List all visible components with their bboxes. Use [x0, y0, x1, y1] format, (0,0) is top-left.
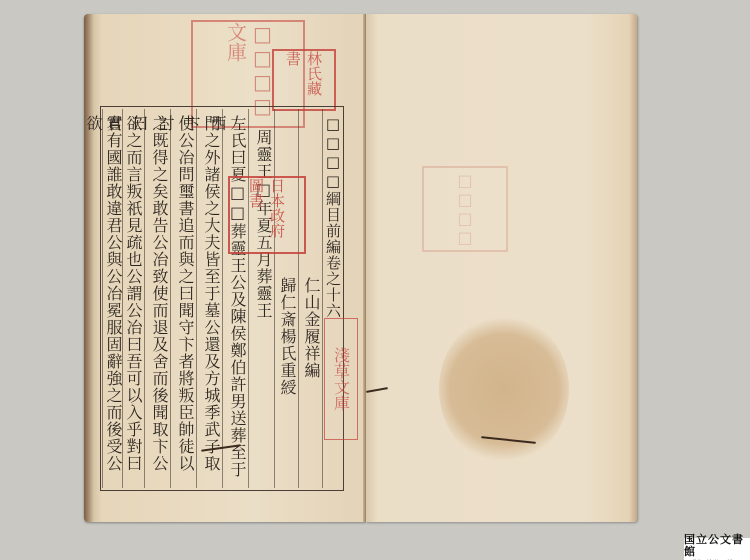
author-column-1: 仁山金履祥編	[298, 109, 321, 488]
author-name-3: 楊氏重綬	[278, 328, 297, 396]
seal-faint-bleedthrough: □□□□	[422, 166, 508, 252]
text-column-5: 之既得之矣敢告公冶致使而退及舍而後聞取卞公曰	[144, 109, 169, 488]
author-column-2: 歸仁斎楊氏重綬	[274, 109, 297, 488]
text-column-7: 實有國誰敢違君公與公冶冕服固辭強之而後受公欲	[102, 109, 123, 488]
author-name-2: 歸仁	[278, 277, 297, 311]
seal-asakusa-library: 淺草文庫	[324, 318, 358, 440]
author-given-2: 斎	[278, 311, 297, 328]
seal-collector: 林氏藏書	[272, 49, 336, 111]
text-column-1: 周靈王□年夏五月葬靈王	[248, 109, 273, 488]
text-block: □□□□綱目前編卷之十六 仁山金履祥編 歸仁斎楊氏重綬 周靈王□年夏五月葬靈王 …	[100, 106, 344, 491]
text-column-2: 左氏曰夏□□葬靈王公及陳侯鄭伯許男送葬至于西	[222, 109, 247, 488]
water-stain	[439, 314, 569, 464]
author-name-1: 仁山	[302, 277, 321, 311]
right-page: □□□□	[366, 14, 637, 522]
left-page: □□□□文庫 林氏藏書 □□□□綱目前編卷之十六 仁山金履祥編 歸仁斎楊氏重綬 …	[84, 14, 366, 522]
text-column-6: 欲之而言叛祇見疏也公謂公冶曰吾可以入乎對曰君	[122, 109, 143, 488]
text-column-3: 門之外諸侯之大夫皆至于墓公還及方城季武子取卞	[196, 109, 221, 488]
author-role: 編	[302, 362, 321, 379]
paper-crack-left-edge	[366, 387, 388, 393]
open-book: □□□□文庫 林氏藏書 □□□□綱目前編卷之十六 仁山金履祥編 歸仁斎楊氏重綬 …	[84, 14, 637, 522]
archive-watermark-logo: 国立公文書館 National Archives of Japan	[684, 538, 750, 560]
author-given-1: 金履祥	[302, 311, 321, 362]
watermark-japanese: 国立公文書館	[684, 534, 750, 558]
text-column-4: 使公冶問璽書追而與之曰聞守卞者將叛臣帥徒以討	[170, 109, 195, 488]
seal-government-library: 日本政府圖書	[228, 176, 306, 254]
